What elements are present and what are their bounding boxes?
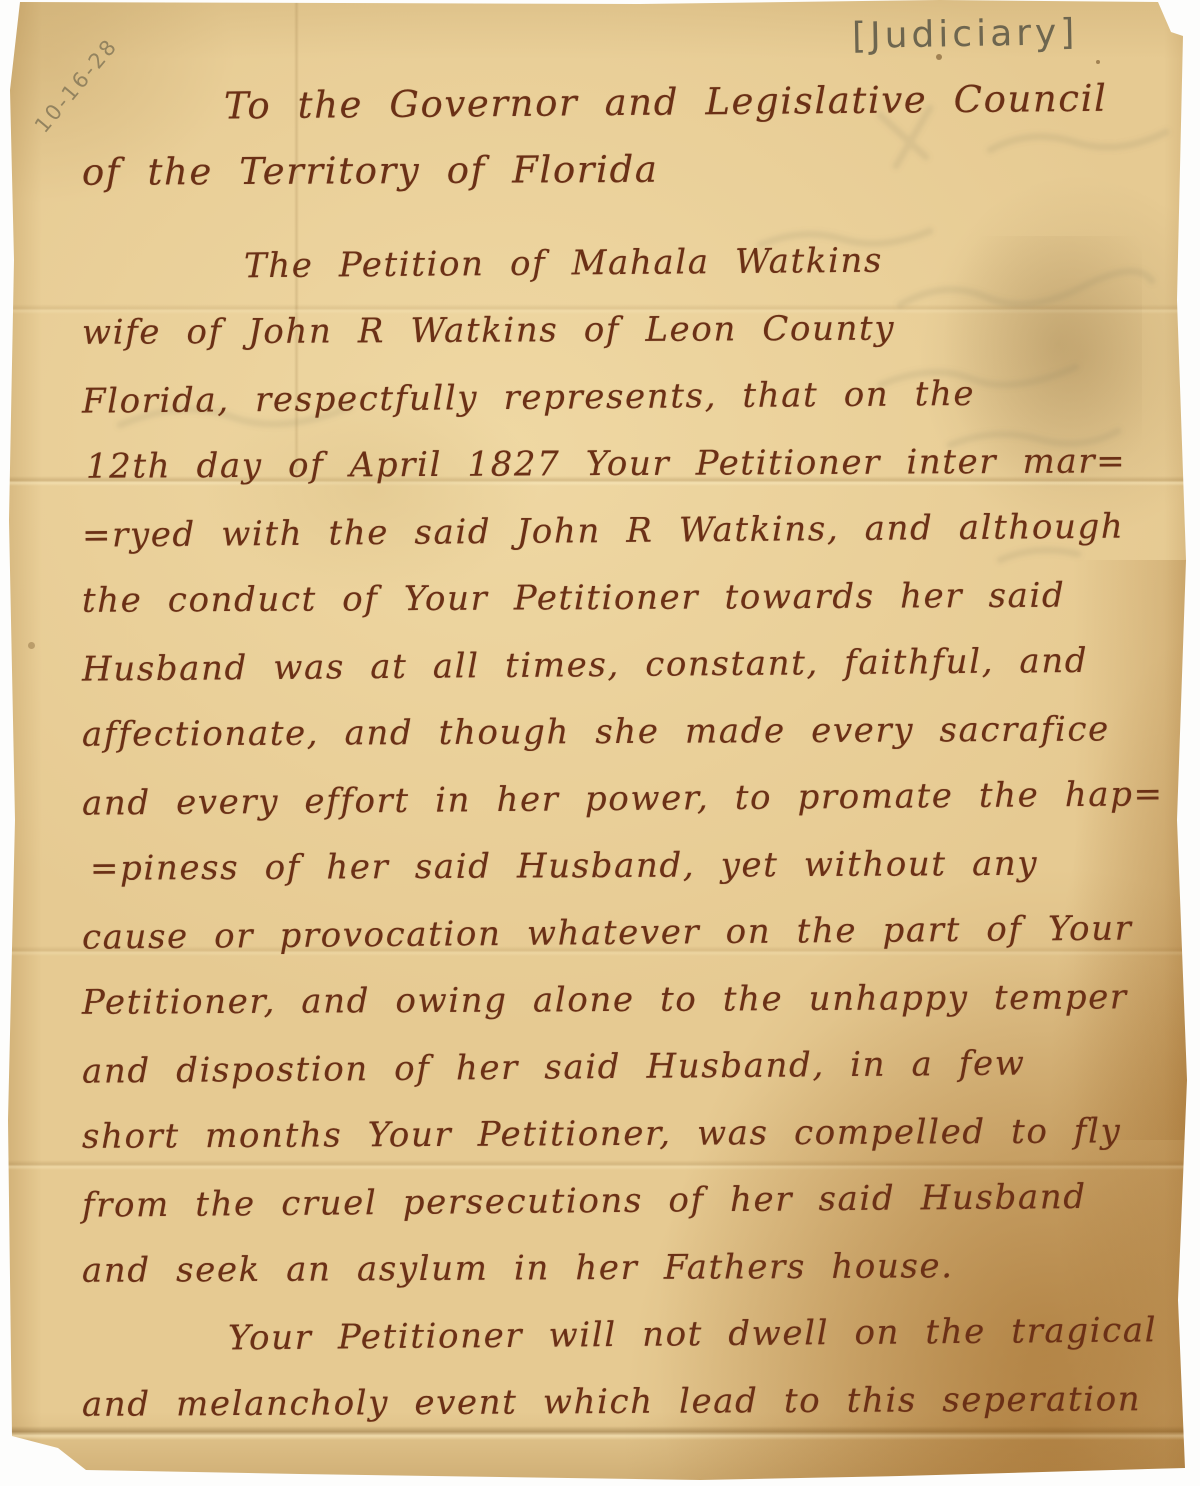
- manuscript-page: 10-16-28 [Judiciary] To the Governor and…: [0, 0, 1200, 1486]
- manuscript-line: Petitioner, and owing alone to the unhap…: [82, 968, 1154, 1041]
- manuscript-line: wife of John R Watkins of Leon County: [82, 298, 1154, 371]
- manuscript-line: from the cruel persecutions of her said …: [82, 1167, 1155, 1243]
- manuscript-line: Your Petitioner will not dwell on the tr…: [82, 1301, 1155, 1377]
- manuscript-line: To the Governor and Legislative Council: [82, 69, 1155, 145]
- ink-speck: [28, 642, 35, 649]
- manuscript-line: =ryed with the said John R Watkins, and …: [82, 497, 1155, 573]
- document-scan: 10-16-28 [Judiciary] To the Governor and…: [0, 0, 1200, 1486]
- manuscript-line: Florida, respectfully represents, that o…: [82, 363, 1155, 439]
- manuscript-line: Husband was at all times, constant, fait…: [82, 631, 1155, 707]
- manuscript-line: =piness of her said Husband, yet without…: [82, 834, 1154, 907]
- manuscript-line: 12th day of April 1827 Your Petitioner i…: [82, 432, 1154, 505]
- manuscript-line: and dispostion of her said Husband, in a…: [82, 1033, 1155, 1109]
- manuscript-line: cause or provocation whatever on the par…: [82, 899, 1155, 975]
- manuscript-line: and seek an asylum in her Fathers house.: [82, 1236, 1154, 1309]
- manuscript-line: and melancholy event which lead to this …: [82, 1370, 1154, 1443]
- manuscript-text: To the Governor and Legislative Council …: [82, 74, 1154, 1440]
- manuscript-line: of the Territory of Florida: [82, 138, 1154, 211]
- ink-speck: [1096, 60, 1100, 64]
- manuscript-line: The Petition of Mahala Watkins: [82, 229, 1155, 305]
- archival-category-annotation: [Judiciary]: [852, 12, 1079, 57]
- manuscript-line: the conduct of Your Petitioner towards h…: [82, 566, 1154, 639]
- manuscript-line: and every effort in her power, to promat…: [82, 765, 1155, 841]
- manuscript-line: short months Your Petitioner, was compel…: [82, 1102, 1154, 1175]
- manuscript-line: affectionate, and though she made every …: [82, 700, 1154, 773]
